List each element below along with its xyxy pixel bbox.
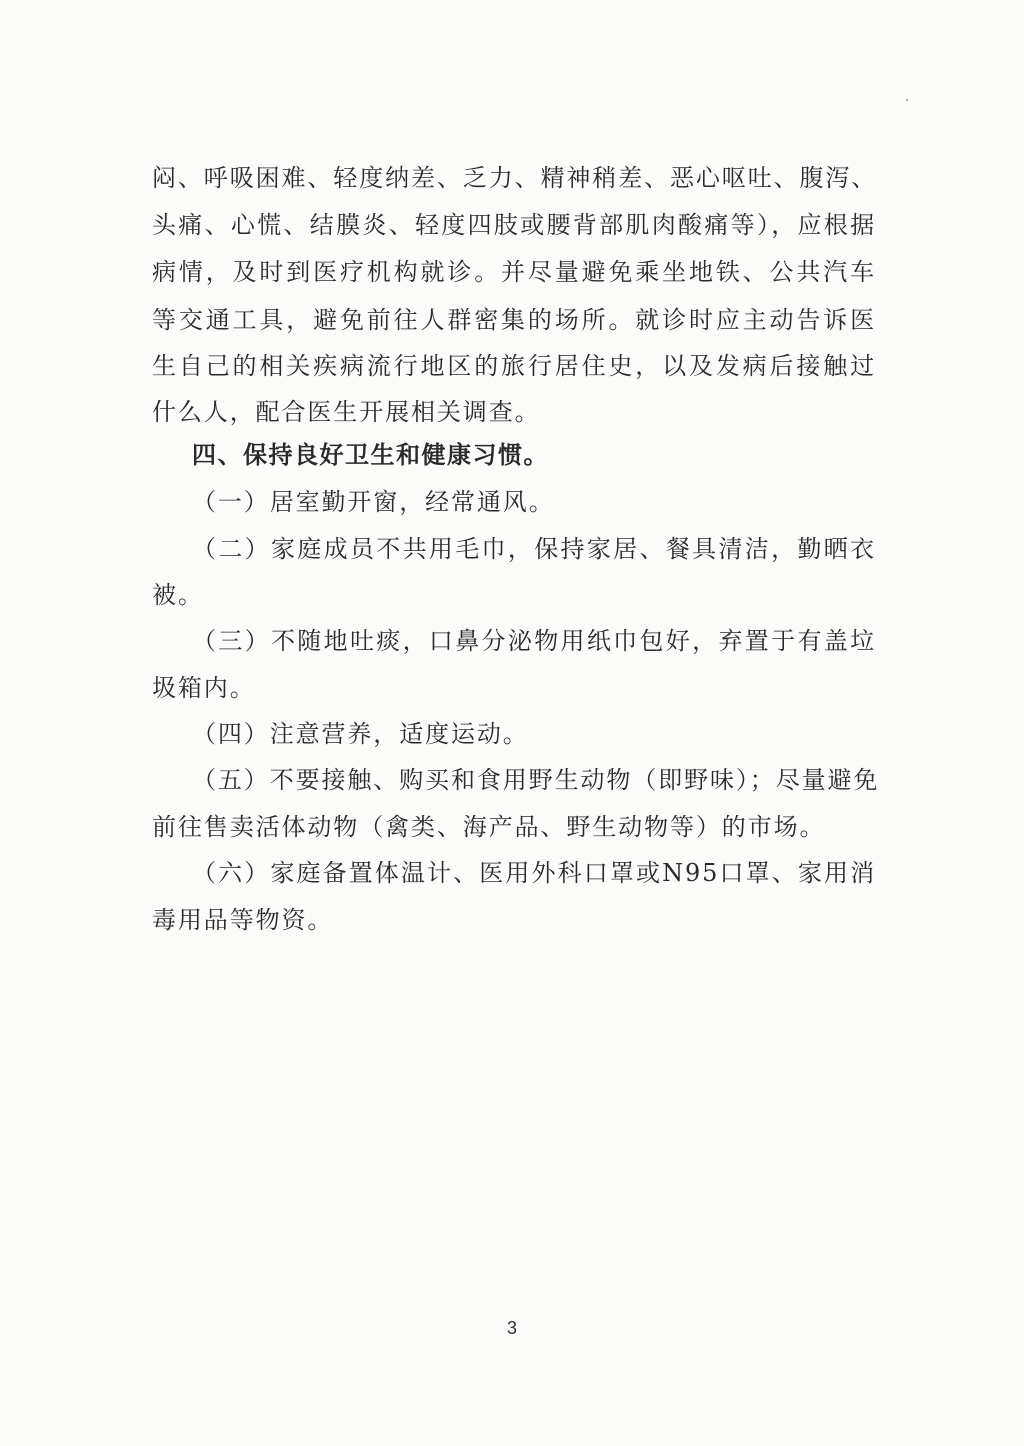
text-line: （六）家庭备置体温计、医用外科口罩或N95口罩、家用消 — [192, 858, 876, 888]
text-line: 闷、呼吸困难、轻度纳差、乏力、精神稍差、恶心呕吐、腹泻、 — [152, 163, 876, 193]
text-line: 毒用品等物资。 — [152, 905, 876, 935]
text-line: （四）注意营养，适度运动。 — [192, 719, 876, 749]
text-line: 病情，及时到医疗机构就诊。并尽量避免乘坐地铁、公共汽车 — [152, 257, 876, 287]
text-line: 生自己的相关疾病流行地区的旅行居住史，以及发病后接触过 — [152, 351, 876, 381]
text-line: 前往售卖活体动物（禽类、海产品、野生动物等）的市场。 — [152, 812, 876, 842]
text-line: （三）不随地吐痰，口鼻分泌物用纸巾包好，弃置于有盖垃 — [192, 626, 876, 656]
text-line: （二）家庭成员不共用毛巾，保持家居、餐具清洁，勤晒衣 — [192, 534, 876, 564]
document-page: 闷、呼吸困难、轻度纳差、乏力、精神稍差、恶心呕吐、腹泻、 头痛、心慌、结膜炎、轻… — [0, 0, 1024, 1446]
scan-speck — [906, 99, 908, 101]
text-line: 被。 — [152, 580, 876, 610]
section-heading: 四、保持良好卫生和健康习惯。 — [192, 440, 876, 470]
text-line: 头痛、心慌、结膜炎、轻度四肢或腰背部肌肉酸痛等），应根据 — [152, 210, 876, 240]
text-line: 圾箱内。 — [152, 673, 876, 703]
text-line: （五）不要接触、购买和食用野生动物（即野味）；尽量避免 — [192, 765, 876, 795]
page-number: 3 — [500, 1318, 524, 1339]
text-line: 等交通工具，避免前往人群密集的场所。就诊时应主动告诉医 — [152, 305, 876, 335]
text-line: 什么人，配合医生开展相关调查。 — [152, 397, 876, 427]
text-line: （一）居室勤开窗，经常通风。 — [192, 487, 876, 517]
